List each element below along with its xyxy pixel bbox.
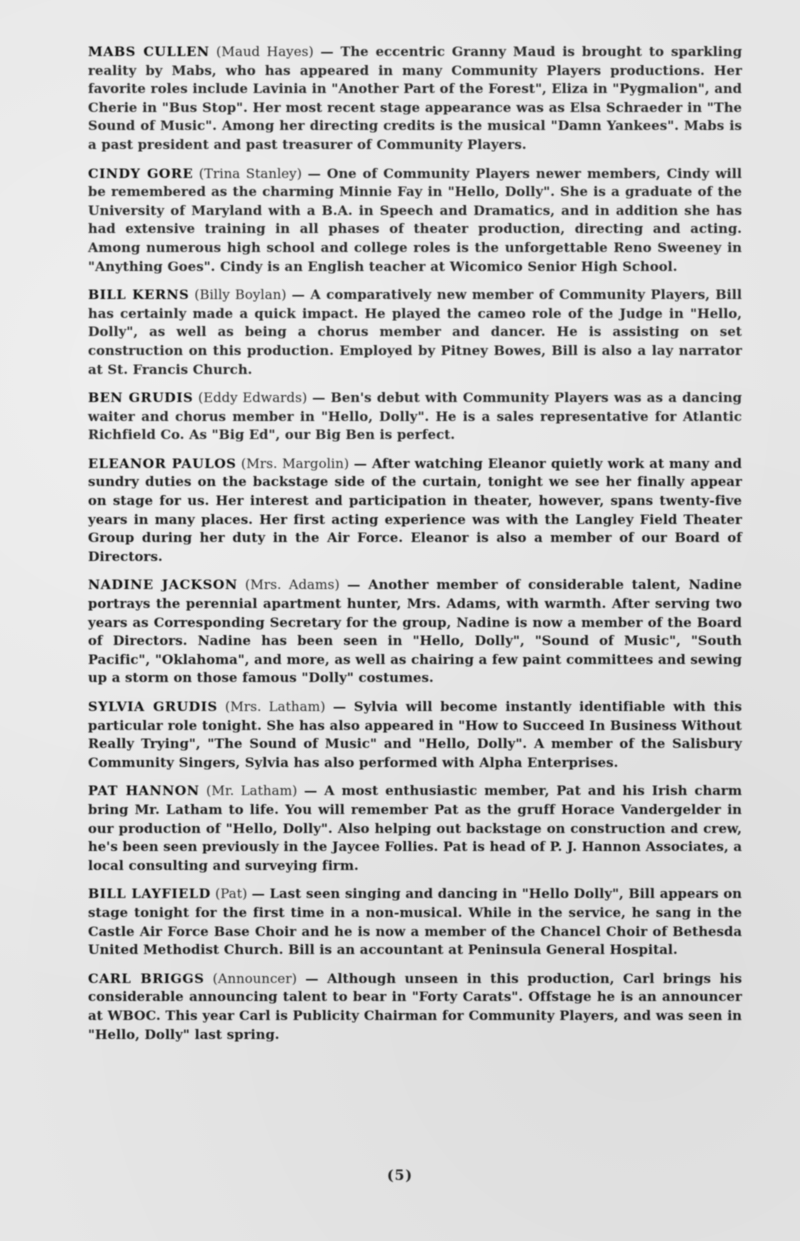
- program-page: MABS CULLEN (Maud Hayes) — The eccentric…: [88, 44, 742, 1055]
- cast-bio-pat-hannon: PAT HANNON (Mr. Latham) — A most enthusi…: [88, 783, 742, 876]
- cast-name: CARL BRIGGS: [88, 972, 204, 987]
- cast-name: SYLVIA GRUDIS: [88, 700, 218, 715]
- cast-role: (Billy Boylan): [194, 288, 286, 303]
- cast-role: (Pat): [215, 887, 247, 902]
- cast-role: (Announcer): [213, 972, 297, 987]
- cast-role: (Eddy Edwards): [198, 391, 307, 406]
- cast-bio-cindy-gore: CINDY GORE (Trina Stanley) — One of Comm…: [88, 166, 742, 278]
- cast-bio-sylvia-grudis: SYLVIA GRUDIS (Mrs. Latham) — Sylvia wil…: [88, 699, 742, 773]
- cast-name: MABS CULLEN: [88, 45, 210, 60]
- cast-name: NADINE JACKSON: [88, 578, 238, 593]
- cast-role: (Maud Hayes): [216, 45, 314, 60]
- cast-name: BEN GRUDIS: [88, 391, 193, 406]
- cast-bio-text: — After watching Eleanor quietly work at…: [88, 457, 742, 565]
- cast-bio-carl-briggs: CARL BRIGGS (Announcer) — Although unsee…: [88, 971, 742, 1045]
- cast-bio-ben-grudis: BEN GRUDIS (Eddy Edwards) — Ben's debut …: [88, 390, 742, 446]
- cast-name: CINDY GORE: [88, 167, 193, 182]
- cast-bio-bill-kerns: BILL KERNS (Billy Boylan) — A comparativ…: [88, 287, 742, 380]
- cast-role: (Mrs. Adams): [245, 578, 340, 593]
- cast-bio-text: — One of Community Players newer members…: [88, 167, 742, 275]
- cast-role: (Trina Stanley): [199, 167, 302, 182]
- page-number: (5): [0, 1168, 800, 1184]
- cast-name: BILL KERNS: [88, 288, 189, 303]
- cast-name: PAT HANNON: [88, 784, 200, 799]
- cast-role: (Mrs. Latham): [225, 700, 325, 715]
- cast-bio-mabs-cullen: MABS CULLEN (Maud Hayes) — The eccentric…: [88, 44, 742, 156]
- cast-role: (Mr. Latham): [206, 784, 297, 799]
- cast-name: ELEANOR PAULOS: [88, 457, 236, 472]
- cast-bio-bill-layfield: BILL LAYFIELD (Pat) — Last seen singing …: [88, 886, 742, 960]
- cast-role: (Mrs. Margolin): [241, 457, 349, 472]
- cast-name: BILL LAYFIELD: [88, 887, 211, 902]
- cast-bio-nadine-jackson: NADINE JACKSON (Mrs. Adams) — Another me…: [88, 577, 742, 689]
- cast-bio-text: — Another member of considerable talent,…: [88, 578, 742, 686]
- cast-bio-eleanor-paulos: ELEANOR PAULOS (Mrs. Margolin) — After w…: [88, 456, 742, 568]
- cast-bio-text: — The eccentric Granny Maud is brought t…: [88, 45, 742, 153]
